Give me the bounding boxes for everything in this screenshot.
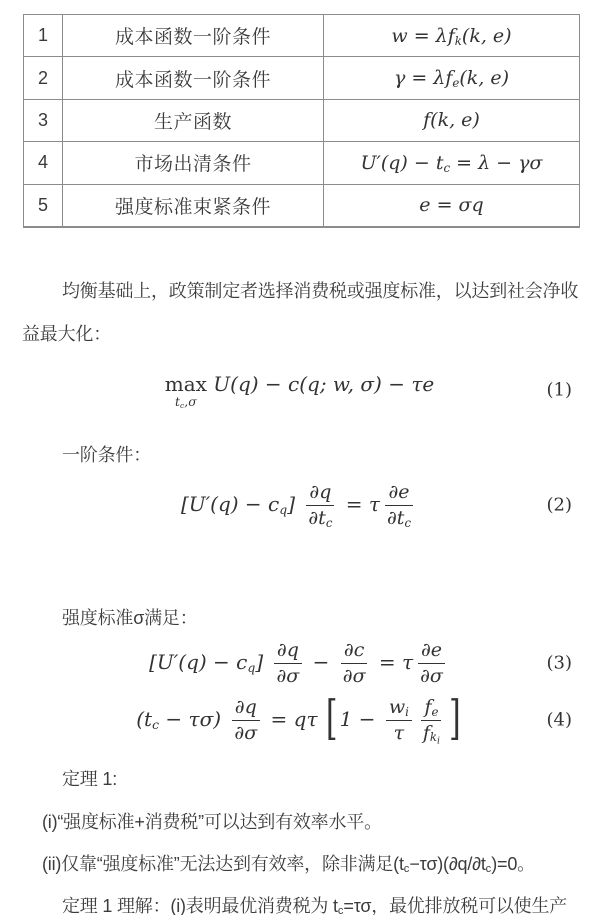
table-condition-label: 成本函数一阶条件 (63, 57, 324, 99)
theorem-1-item-ii: (ii)仅靠“强度标准”无法达到有效率，除非满足(tc−τσ)(∂q/∂tc)=… (42, 853, 535, 877)
table-condition-label: 生产函数 (63, 100, 324, 142)
table-formula-cell: w = λfk(k, e) (324, 15, 579, 57)
table-condition-label: 市场出清条件 (63, 142, 324, 184)
equation-4-math: (tc − τσ) ∂q∂σ = qτ [1 − wiτfefki] (136, 697, 463, 744)
theorem-1-explanation: 定理 1 理解：(i)表明最优消费税为 tc=τσ，最优排放税可以使生产 (62, 895, 567, 915)
table-formula-cell: f(k, e) (324, 100, 579, 142)
table-condition-label: 成本函数一阶条件 (63, 15, 324, 57)
table-formula-cell: e = σq (324, 185, 579, 227)
equation-2-number: (2) (547, 495, 573, 516)
conditions-table: 1 成本函数一阶条件 w = λfk(k, e) 2 成本函数一阶条件 γ = … (23, 14, 580, 228)
formula: U′(q) − tc = λ − γσ (361, 152, 543, 174)
formula: w = λfk(k, e) (391, 25, 511, 47)
table-row-number: 2 (24, 57, 63, 99)
theorem-1-title: 定理 1: (62, 768, 117, 791)
equation-3-math: [U′(q) − cq] ∂q∂σ − ∂c∂σ = τ∂e∂σ (149, 640, 450, 687)
equation-2-math: [U′(q) − cq] ∂q∂tc = τ∂e∂tc (181, 482, 418, 529)
equation-4-number: (4) (547, 710, 573, 731)
theorem-1-item-i: (i)“强度标准+消费税”可以达到有效率水平。 (42, 811, 382, 834)
equation-2: [U′(q) − cq] ∂q∂tc = τ∂e∂tc (2) (0, 479, 599, 531)
sigma-standard-label: 强度标准σ满足： (62, 607, 198, 630)
equation-1-math: maxtc,σ U(q) − c(q; w, σ) − τe (165, 372, 434, 408)
equation-1: maxtc,σ U(q) − c(q; w, σ) − τe (1) (0, 366, 599, 414)
formula: γ = λfe(k, e) (394, 67, 509, 89)
first-order-condition-label: 一阶条件： (62, 444, 151, 467)
table-row-number: 3 (24, 100, 63, 142)
equation-3-number: (3) (547, 653, 573, 674)
equation-1-number: (1) (547, 380, 573, 401)
paragraph-line-2: 益最大化： (22, 323, 111, 346)
equation-4: (tc − τσ) ∂q∂σ = qτ [1 − wiτfefki] (4) (0, 694, 599, 746)
table-condition-label: 强度标准束紧条件 (63, 185, 324, 227)
table-formula-cell: U′(q) − tc = λ − γσ (324, 142, 579, 184)
table-row-number: 4 (24, 142, 63, 184)
formula: e = σq (419, 194, 483, 216)
formula: f(k, e) (423, 109, 480, 131)
table-row-number: 5 (24, 185, 63, 227)
table-row-number: 1 (24, 15, 63, 57)
equation-3: [U′(q) − cq] ∂q∂σ − ∂c∂σ = τ∂e∂σ (3) (0, 637, 599, 689)
table-formula-cell: γ = λfe(k, e) (324, 57, 579, 99)
paragraph-line-1: 均衡基础上，政策制定者选择消费税或强度标准，以达到社会净收 (62, 280, 578, 303)
